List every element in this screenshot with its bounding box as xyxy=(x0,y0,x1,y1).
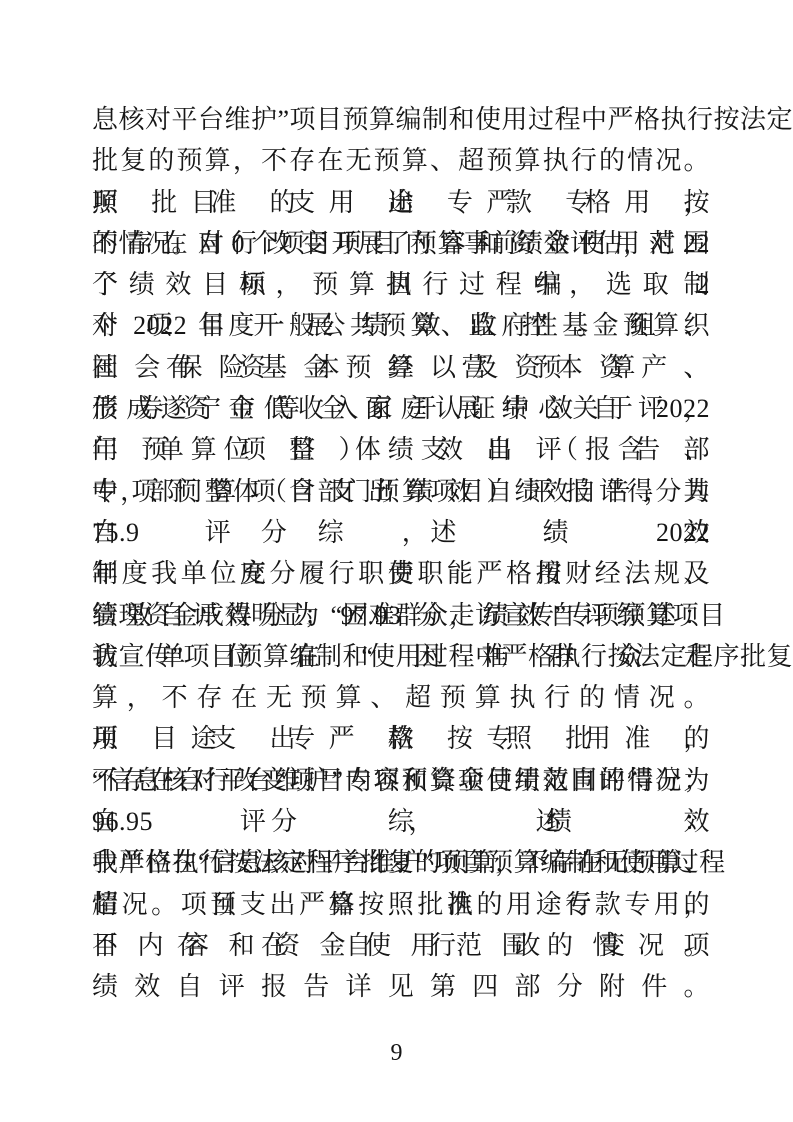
text-line: 情况。项目支出严格按照批准的用途专款专用，不存在自行改变项 xyxy=(92,884,710,925)
text-line: 中，部门整体（含部门预算项目）绩效自评得分为 75.9 分，绩效 xyxy=(92,471,710,512)
text-line: 制度使用、管理资金成效明显；“困难群众走访宣传”专项预算项目 xyxy=(92,553,710,594)
page-number: 9 xyxy=(0,1038,793,1068)
text-line: 门预算项目）绩效自评报告、专项预算项目支出绩效自评报告，其 xyxy=(92,429,710,470)
text-line: 批复的预算，不存在无预算、超预算执行的情况。项目支出严格按 xyxy=(92,140,710,181)
document-page: 息核对平台维护”项目预算编制和使用过程中严格执行按法定程序批复的预算，不存在无预… xyxy=(0,0,793,1122)
text-line: 算，不存在无预算、超预算执行的情况。项目支出严格按照批准的 xyxy=(92,677,710,718)
text-line: 照批准的用途专款专用，不存在自行改变项目内容和资金使用范围 xyxy=(92,182,710,223)
text-block: 息核对平台维护”项目预算编制和使用过程中严格执行按法定程序批复的预算，不存在无预… xyxy=(92,99,710,966)
text-line: “信息核对平台维护”专项预算项目绩效自评得分为 96.95 分，绩效 xyxy=(92,760,710,801)
text-line: 了绩效目标，预算执行过程中，选取 2 个项目开展绩效监控。组织 xyxy=(92,264,710,305)
text-line: 目内容和资金使用范围的情况。绩效自评报告详见第四部分附件。 xyxy=(92,925,710,966)
text-line: 绩效自评得分为 97.93 分，绩效自评综述：我单位在“困难群众走 xyxy=(92,595,710,636)
text-line: 用途专款专用，不存在自行改变项目内容和资金使用范围的情况； xyxy=(92,718,710,759)
text-line: 形成遂宁市低收入家庭认证中心关于 2022 年单位整体支出（含部 xyxy=(92,388,710,429)
text-line: 自评综述：我单位在“信息核对平台维护”项目预算编制和使用过程 xyxy=(92,801,710,842)
text-line: 自评综述：2022 年度我单位充分履行职责职能严格按财经法规及 xyxy=(92,512,710,553)
text-line: 访宣传”项目预算编制和使用过程中严格执行按法定程序批复的预 xyxy=(92,636,710,677)
text-line: 对 2022 年度一般公共预算、政府性基金预算、国有资本经营预算、 xyxy=(92,305,710,346)
text-line: 息核对平台维护”项目预算编制和使用过程中严格执行按法定程序 xyxy=(92,99,710,140)
text-line: 社会保险基金预算以及资本资产、债券资金等全面开展绩效自评， xyxy=(92,347,710,388)
text-line: 的情况。对 0 个项目开展了预算事前绩效评估，对 22 个项目编制 xyxy=(92,223,710,264)
text-line: 中严格执行按法定程序批复的预算，不存在无预算、超预算执行的 xyxy=(92,842,710,883)
